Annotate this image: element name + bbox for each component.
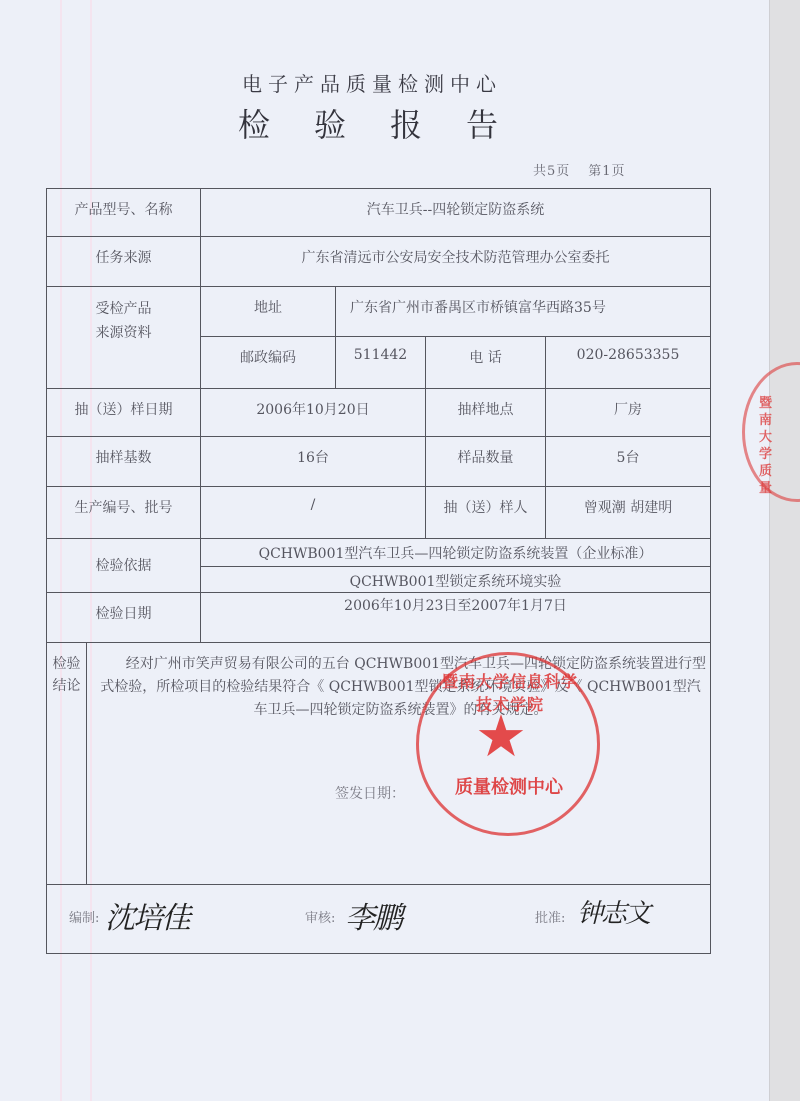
batch-label: 生产编号、批号: [47, 487, 201, 539]
address-label: 地址: [201, 287, 336, 337]
partial-side-seal: 暨南大学质量: [742, 362, 800, 502]
table-row: 生产编号、批号 / 抽（送）样人 曾观潮 胡建明: [47, 487, 711, 539]
sampling-date-label: 抽（送）样日期: [47, 389, 201, 437]
adjacent-page-edge: [769, 0, 800, 1101]
table-row: 受检产品 来源资料 地址 广东省广州市番禺区市桥镇富华西路35号: [47, 287, 711, 337]
basis-value-1: QCHWB001型汽车卫兵—四轮锁定防盗系统装置（企业标准）: [201, 539, 711, 567]
signatures-cell: 编制: 沈培佳 审核: 李鹏 批准: 钟志文: [47, 885, 711, 954]
source-info-label-line2: 来源资料: [48, 321, 199, 345]
approved-label: 批准:: [535, 907, 565, 926]
batch-value: /: [201, 487, 426, 539]
product-model-value: 汽车卫兵--四轮锁定防盗系统: [201, 189, 711, 237]
phone-label: 电 话: [426, 337, 546, 389]
approved-signature: 钟志文: [577, 893, 649, 930]
official-seal: 暨南大学信息科学技术学院 ★ 质量检测中心: [416, 652, 600, 836]
page-count: 共5页第1页: [533, 160, 626, 179]
sample-qty-label: 样品数量: [426, 437, 546, 487]
signature-row: 编制: 沈培佳 审核: 李鹏 批准: 钟志文: [47, 885, 711, 954]
table-row: 产品型号、名称 汽车卫兵--四轮锁定防盗系统: [47, 189, 711, 237]
basis-label: 检验依据: [47, 539, 201, 593]
sampling-place-value: 厂房: [546, 389, 711, 437]
postcode-value: 511442: [336, 337, 426, 389]
seal-bottom-text: 质量检测中心: [439, 773, 579, 799]
sample-qty-value: 5台: [546, 437, 711, 487]
sampler-label: 抽（送）样人: [426, 487, 546, 539]
table-row: 检验结论 经对广州市笑声贸易有限公司的五台 QCHWB001型汽车卫兵—四轮锁定…: [47, 643, 711, 885]
sampling-base-label: 抽样基数: [47, 437, 201, 487]
side-seal-text: 暨南大学质量: [759, 395, 777, 497]
postcode-label: 邮政编码: [201, 337, 336, 389]
star-icon: ★: [475, 707, 527, 765]
report-title: 检验报告: [238, 100, 542, 146]
sampling-place-label: 抽样地点: [426, 389, 546, 437]
reviewed-label: 审核:: [305, 907, 335, 926]
page-total: 共5页: [533, 164, 570, 179]
table-row: 抽样基数 16台 样品数量 5台: [47, 437, 711, 487]
compiled-signature: 沈培佳: [105, 893, 189, 937]
source-info-label: 受检产品 来源资料: [47, 287, 201, 389]
table-row: 检验日期 2006年10月23日至2007年1月7日: [47, 593, 711, 643]
address-value: 广东省广州市番禺区市桥镇富华西路35号: [336, 287, 711, 337]
conclusion-text: 经对广州市笑声贸易有限公司的五台 QCHWB001型汽车卫兵—四轮锁定防盗系统装…: [95, 653, 706, 722]
phone-value: 020-28653355: [546, 337, 711, 389]
test-date-label: 检验日期: [47, 593, 201, 643]
sampler-value: 曾观潮 胡建明: [546, 487, 711, 539]
page-current: 第1页: [588, 164, 625, 179]
reviewed-signature: 李鹏: [345, 893, 401, 937]
table-row: 任务来源 广东省清远市公安局安全技术防范管理办公室委托: [47, 237, 711, 287]
organization-name: 电子产品质量检测中心: [242, 68, 502, 97]
sign-date-label: 签发日期：: [335, 783, 405, 806]
table-row: 抽（送）样日期 2006年10月20日 抽样地点 厂房: [47, 389, 711, 437]
source-info-label-line1: 受检产品: [48, 297, 199, 321]
conclusion-cell: 经对广州市笑声贸易有限公司的五台 QCHWB001型汽车卫兵—四轮锁定防盗系统装…: [87, 643, 711, 885]
task-source-label: 任务来源: [47, 237, 201, 287]
compiled-label: 编制:: [69, 907, 99, 926]
report-table: 产品型号、名称 汽车卫兵--四轮锁定防盗系统 任务来源 广东省清远市公安局安全技…: [46, 188, 711, 954]
conclusion-label: 检验结论: [47, 643, 87, 885]
product-model-label: 产品型号、名称: [47, 189, 201, 237]
test-date-value: 2006年10月23日至2007年1月7日: [201, 593, 711, 643]
sampling-date-value: 2006年10月20日: [201, 389, 426, 437]
task-source-value: 广东省清远市公安局安全技术防范管理办公室委托: [201, 237, 711, 287]
table-row: 检验依据 QCHWB001型汽车卫兵—四轮锁定防盗系统装置（企业标准）: [47, 539, 711, 567]
basis-value-2: QCHWB001型锁定系统环境实验: [201, 567, 711, 593]
sampling-base-value: 16台: [201, 437, 426, 487]
